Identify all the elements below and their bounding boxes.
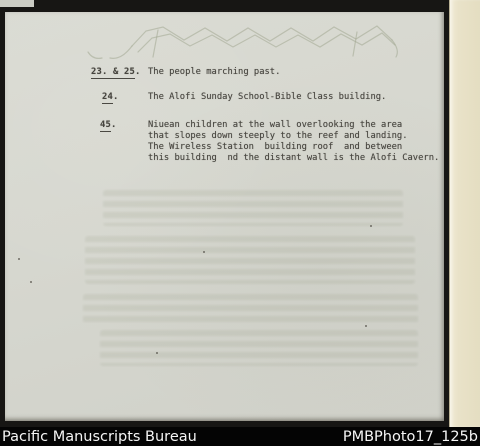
entry-number-underlined: 45 [100,120,111,132]
entry-number-underlined: 24 [102,92,113,104]
entry-text-line: The Alofi Sunday School-Bible Class buil… [148,92,434,103]
footer-image-id: PMBPhoto17_125b [343,429,478,445]
entry-number: 23. & 25. [91,67,140,78]
entry-number-underlined: 23. & 25 [91,67,135,79]
ink-speck [30,281,32,283]
bleed-through-text-ghost [83,294,418,324]
entry-description: Niuean children at the wall overlooking … [148,120,434,164]
paper-corner-notch [0,0,34,7]
footer-bar: Pacific Manuscripts Bureau PMBPhoto17_12… [0,427,480,446]
ink-speck [365,325,367,327]
ink-speck [156,352,158,354]
scanned-page-view: 23. & 25. The people marching past. 24. … [0,0,480,446]
footer-source-label: Pacific Manuscripts Bureau [2,429,197,445]
entry-number: 24. [102,92,119,103]
entry-text-line: that slopes down steeply to the reef and… [148,131,434,142]
zigzag-doodle-icon [5,12,425,72]
entry-text-line: The people marching past. [148,67,434,78]
entry-text-line: Niuean children at the wall overlooking … [148,120,434,131]
ink-speck [203,251,205,253]
entry-text-line: The Wireless Station building roof and b… [148,142,434,153]
entry-number: 45. [100,120,117,131]
ink-speck [370,225,372,227]
entry-description: The people marching past. [148,67,434,78]
entry-text-line: this building nd the distant wall is the… [148,153,434,164]
bleed-through-text-ghost [85,236,415,284]
entry-number-suffix: . [113,92,119,102]
entry-number-suffix: . [111,120,117,130]
bleed-through-text-ghost [100,330,418,366]
adjacent-page-edge [449,0,480,427]
ink-speck [18,258,20,260]
entry-description: The Alofi Sunday School-Bible Class buil… [148,92,434,103]
entry-number-suffix: . [135,67,141,77]
document-paper: 23. & 25. The people marching past. 24. … [5,12,444,421]
bleed-through-text-ghost [103,190,403,226]
